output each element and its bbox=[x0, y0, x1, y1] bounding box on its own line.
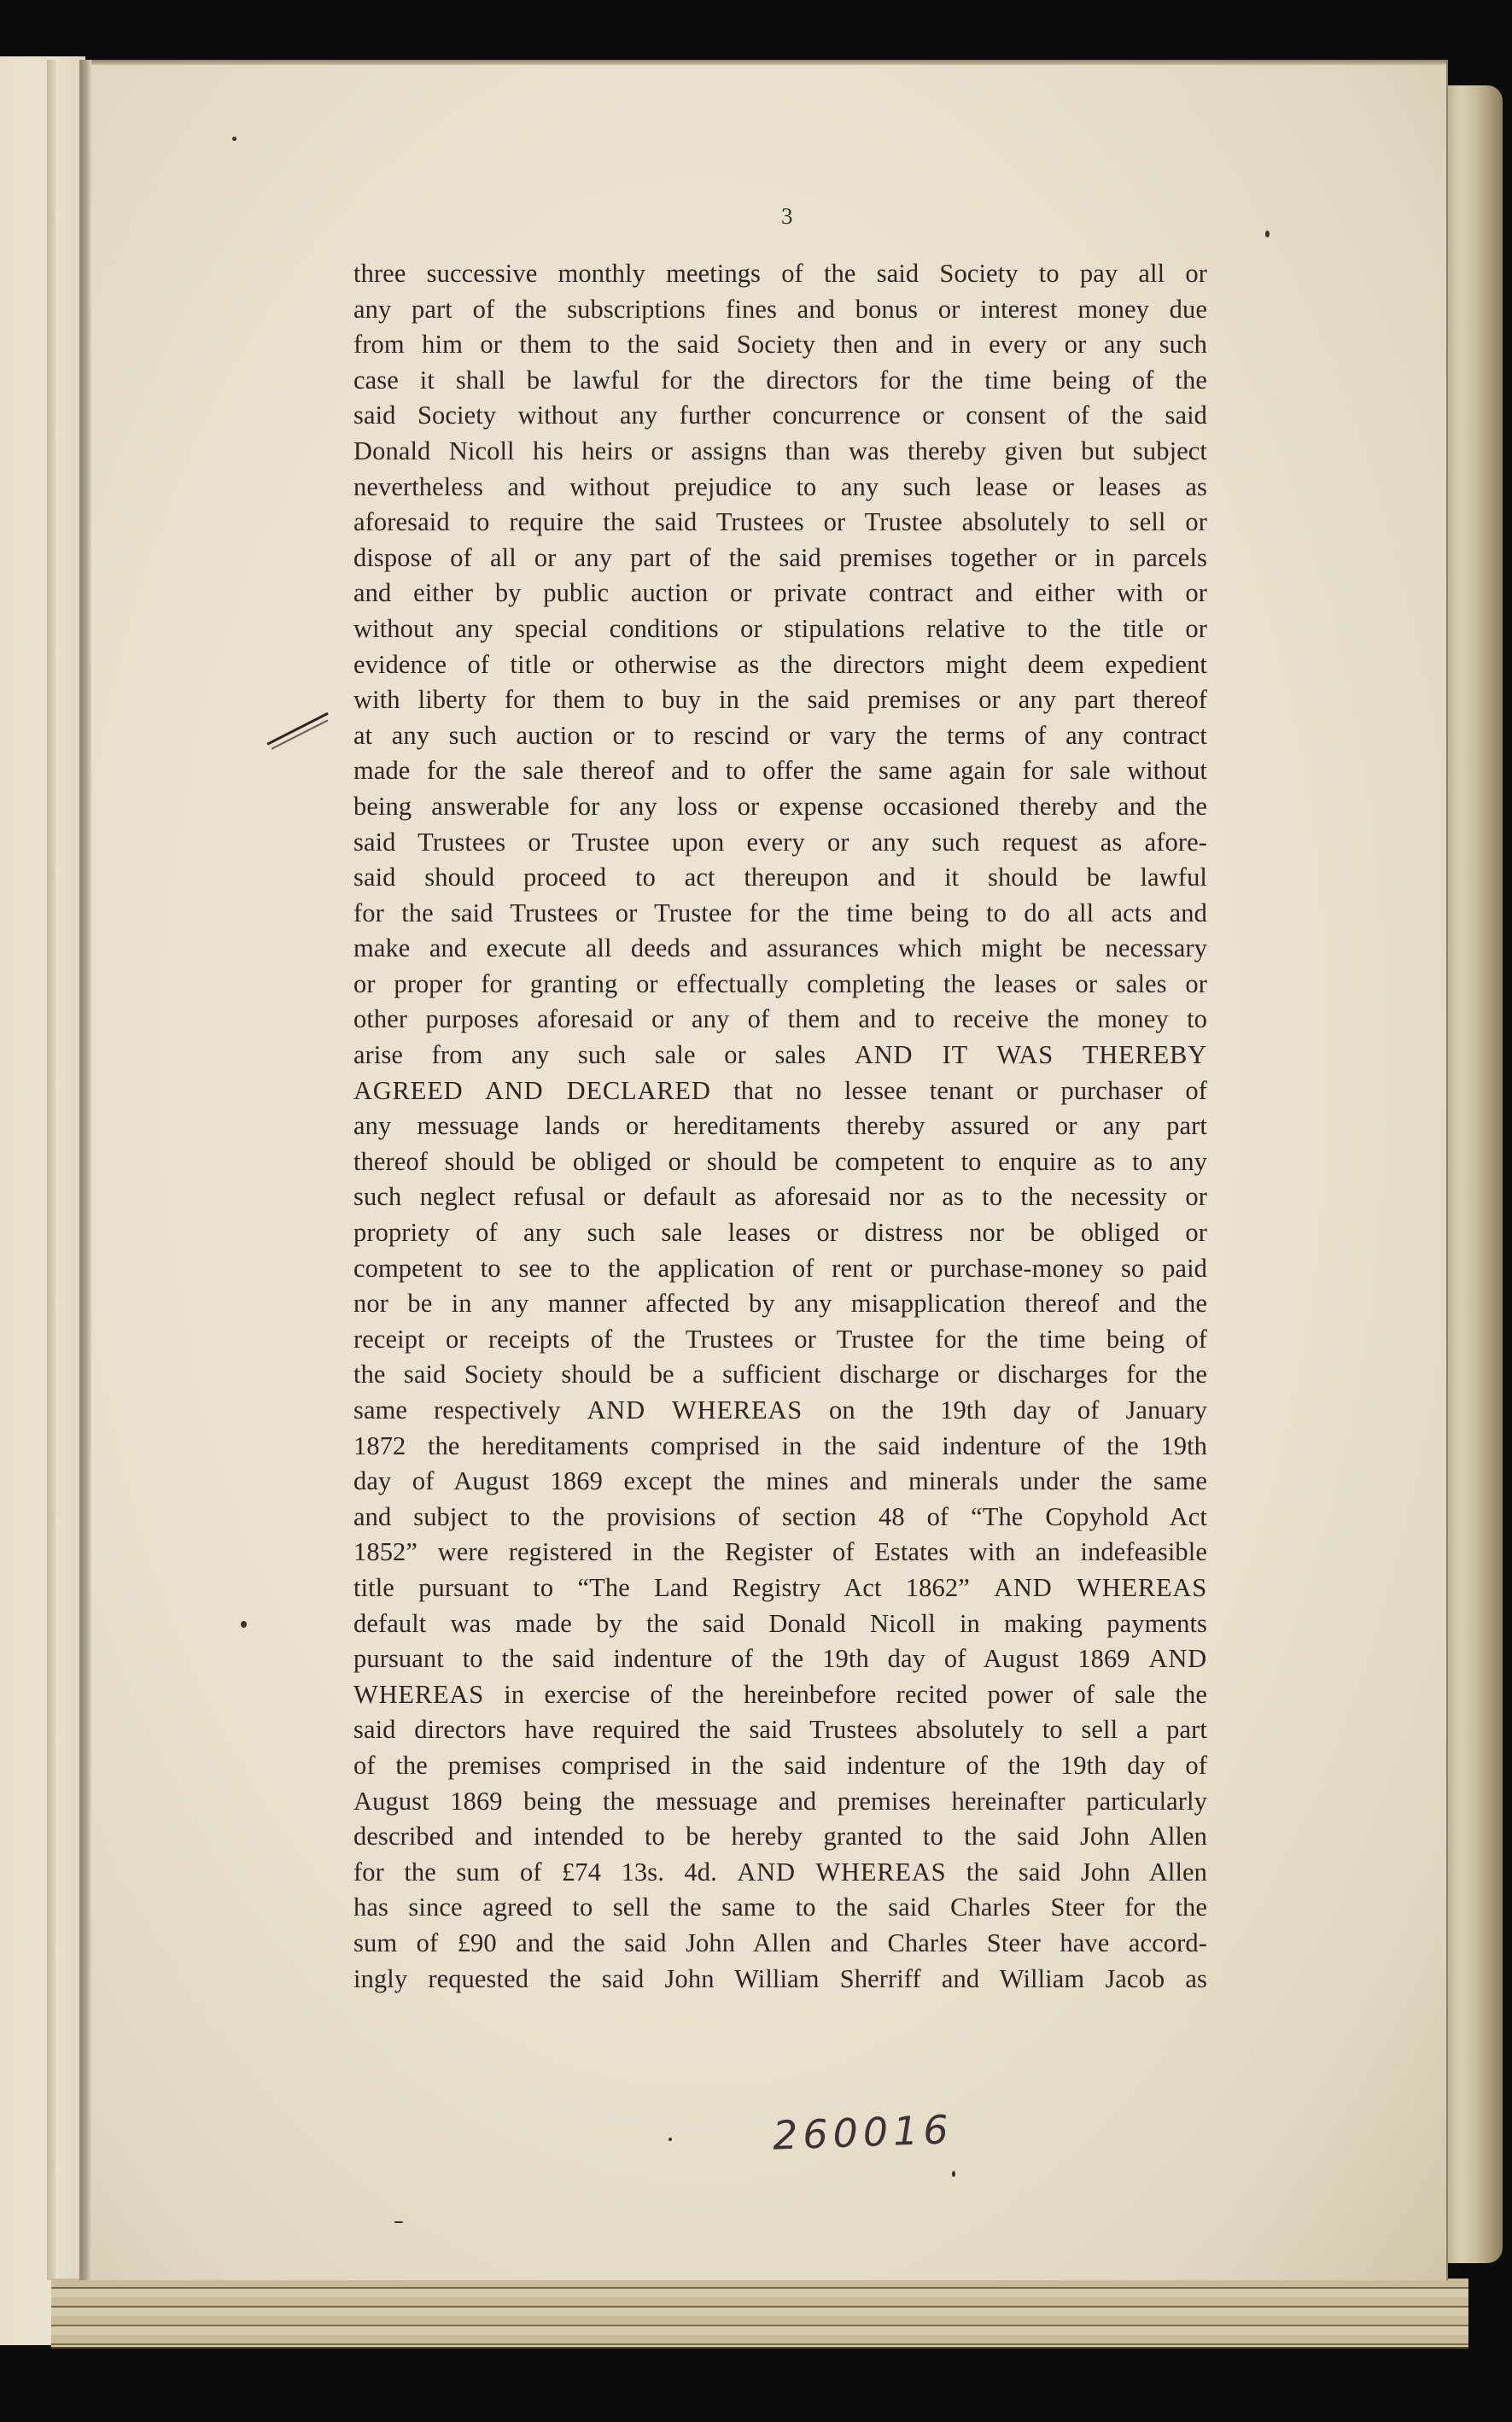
text-line: nor be in any manner affected by any mis… bbox=[353, 1286, 1207, 1322]
text-segment: nevertheless and without prejudice to an… bbox=[353, 472, 1207, 501]
text-line: same respectively AND WHEREAS on the 19t… bbox=[353, 1393, 1207, 1429]
heading-phrase: AND WHEREAS bbox=[994, 1573, 1207, 1602]
text-line: of the premises comprised in the said in… bbox=[353, 1748, 1207, 1784]
text-line: any part of the subscriptions fines and … bbox=[353, 292, 1207, 328]
heading-phrase: AND bbox=[1149, 1644, 1207, 1673]
text-segment: 1852” were registered in the Register of… bbox=[353, 1537, 1207, 1566]
paper-speck bbox=[394, 2221, 403, 2223]
left-facing-page bbox=[0, 56, 85, 2345]
text-segment: and either by public auction or private … bbox=[353, 578, 1207, 607]
text-line: being answerable for any loss or expense… bbox=[353, 789, 1207, 825]
text-segment: at any such auction or to rescind or var… bbox=[353, 721, 1207, 750]
handwritten-reference-number: 260016 bbox=[772, 2106, 954, 2158]
text-line: day of August 1869 except the mines and … bbox=[353, 1464, 1207, 1500]
text-line: propriety of any such sale leases or dis… bbox=[353, 1215, 1207, 1251]
text-line: nevertheless and without prejudice to an… bbox=[353, 470, 1207, 506]
heading-phrase: AND IT WAS THEREBY bbox=[855, 1040, 1207, 1069]
paper-speck bbox=[952, 2171, 955, 2177]
text-segment: in exercise of the hereinbefore recited … bbox=[484, 1680, 1207, 1709]
paper-speck bbox=[668, 2138, 672, 2141]
text-segment: title pursuant to “The Land Registry Act… bbox=[353, 1573, 994, 1602]
text-line: with liberty for them to buy in the said… bbox=[353, 682, 1207, 718]
text-segment: receipt or receipts of the Trustees or T… bbox=[353, 1325, 1207, 1354]
text-line: thereof should be obliged or should be c… bbox=[353, 1144, 1207, 1180]
text-line: without any special conditions or stipul… bbox=[353, 611, 1207, 647]
text-line: 1872 the hereditaments comprised in the … bbox=[353, 1429, 1207, 1465]
text-segment: arise from any such sale or sales bbox=[353, 1040, 855, 1069]
text-segment: pursuant to the said indenture of the 19… bbox=[353, 1644, 1149, 1673]
paper-speck bbox=[1265, 231, 1270, 237]
text-line: said should proceed to act thereupon and… bbox=[353, 860, 1207, 896]
text-segment: Donald Nicoll his heirs or assigns than … bbox=[353, 436, 1207, 465]
text-line: ingly requested the said John William Sh… bbox=[353, 1962, 1207, 1998]
text-line: for the sum of £74 13s. 4d. AND WHEREAS … bbox=[353, 1855, 1207, 1891]
text-line: other purposes aforesaid or any of them … bbox=[353, 1002, 1207, 1038]
deed-body-text: three successive monthly meetings of the… bbox=[353, 256, 1207, 1997]
text-segment: from him or them to the said Society the… bbox=[353, 330, 1207, 359]
text-segment: thereof should be obliged or should be c… bbox=[353, 1147, 1207, 1176]
text-line: default was made by the said Donald Nico… bbox=[353, 1606, 1207, 1642]
text-segment: of the premises comprised in the said in… bbox=[353, 1751, 1207, 1780]
text-segment: has since agreed to sell the same to the… bbox=[353, 1893, 1207, 1922]
heading-phrase: WHEREAS bbox=[353, 1680, 484, 1709]
page-stack-bottom-edges bbox=[51, 2279, 1468, 2349]
text-segment: or proper for granting or effectually co… bbox=[353, 969, 1207, 998]
text-line: any messuage lands or hereditaments ther… bbox=[353, 1109, 1207, 1144]
heading-phrase: AND WHEREAS bbox=[587, 1395, 803, 1425]
text-line: said Trustees or Trustee upon every or a… bbox=[353, 825, 1207, 861]
text-line: said directors have required the said Tr… bbox=[353, 1712, 1207, 1748]
text-segment: such neglect refusal or default as afore… bbox=[353, 1182, 1207, 1211]
text-segment: competent to see to the application of r… bbox=[353, 1254, 1207, 1283]
text-line: title pursuant to “The Land Registry Act… bbox=[353, 1571, 1207, 1606]
text-line: WHEREAS in exercise of the hereinbefore … bbox=[353, 1677, 1207, 1713]
text-segment: any part of the subscriptions fines and … bbox=[353, 295, 1207, 324]
text-segment: propriety of any such sale leases or dis… bbox=[353, 1218, 1207, 1247]
text-line: arise from any such sale or sales AND IT… bbox=[353, 1038, 1207, 1074]
text-line: 1852” were registered in the Register of… bbox=[353, 1535, 1207, 1571]
text-segment: the said John Allen bbox=[946, 1857, 1207, 1887]
text-segment: the said Society should be a sufficient … bbox=[353, 1360, 1207, 1389]
left-page-fold bbox=[47, 60, 55, 2280]
text-segment: default was made by the said Donald Nico… bbox=[353, 1609, 1207, 1638]
text-line: for the said Trustees or Trustee for the… bbox=[353, 896, 1207, 932]
book-binding-top bbox=[0, 0, 1512, 58]
text-line: aforesaid to require the said Trustees o… bbox=[353, 505, 1207, 541]
text-line: described and intended to be hereby gran… bbox=[353, 1819, 1207, 1855]
text-segment: on the 19th day of January bbox=[803, 1395, 1207, 1425]
text-segment: ingly requested the said John William Sh… bbox=[353, 1964, 1207, 1993]
heading-phrase: AND WHEREAS bbox=[737, 1857, 946, 1887]
text-segment: sum of £90 and the said John Allen and C… bbox=[353, 1928, 1207, 1957]
text-segment: said directors have required the said Tr… bbox=[353, 1715, 1207, 1744]
text-segment: that no lessee tenant or purchaser of bbox=[711, 1076, 1207, 1105]
text-line: the said Society should be a sufficient … bbox=[353, 1357, 1207, 1393]
text-segment: with liberty for them to buy in the said… bbox=[353, 685, 1207, 714]
text-segment: case it shall be lawful for the director… bbox=[353, 366, 1207, 395]
heading-phrase: AGREED AND DECLARED bbox=[353, 1076, 711, 1105]
text-segment: three successive monthly meetings of the… bbox=[353, 259, 1207, 288]
text-segment: made for the sale thereof and to offer t… bbox=[353, 756, 1207, 785]
paper-speck bbox=[241, 1621, 247, 1628]
right-page-edge-tissue bbox=[1443, 85, 1503, 2263]
text-segment: for the said Trustees or Trustee for the… bbox=[353, 898, 1207, 927]
text-line: sum of £90 and the said John Allen and C… bbox=[353, 1926, 1207, 1962]
text-line: such neglect refusal or default as afore… bbox=[353, 1179, 1207, 1215]
text-line: dispose of all or any part of the said p… bbox=[353, 541, 1207, 576]
text-line: made for the sale thereof and to offer t… bbox=[353, 753, 1207, 789]
text-line: or proper for granting or effectually co… bbox=[353, 967, 1207, 1003]
text-segment: said Society without any further concurr… bbox=[353, 401, 1207, 430]
text-segment: any messuage lands or hereditaments ther… bbox=[353, 1111, 1207, 1140]
page-number: 3 bbox=[781, 203, 793, 230]
text-segment: said Trustees or Trustee upon every or a… bbox=[353, 828, 1207, 857]
text-line: receipt or receipts of the Trustees or T… bbox=[353, 1322, 1207, 1358]
text-segment: make and execute all deeds and assurance… bbox=[353, 933, 1207, 962]
text-segment: said should proceed to act thereupon and… bbox=[353, 863, 1207, 892]
text-line: at any such auction or to rescind or var… bbox=[353, 718, 1207, 754]
text-segment: day of August 1869 except the mines and … bbox=[353, 1466, 1207, 1495]
text-segment: evidence of title or otherwise as the di… bbox=[353, 650, 1207, 679]
text-line: three successive monthly meetings of the… bbox=[353, 256, 1207, 292]
text-segment: aforesaid to require the said Trustees o… bbox=[353, 507, 1207, 536]
text-segment: without any special conditions or stipul… bbox=[353, 614, 1207, 643]
text-segment: other purposes aforesaid or any of them … bbox=[353, 1004, 1207, 1033]
text-line: competent to see to the application of r… bbox=[353, 1251, 1207, 1287]
text-segment: being answerable for any loss or expense… bbox=[353, 792, 1207, 821]
text-line: case it shall be lawful for the director… bbox=[353, 363, 1207, 399]
text-line: Donald Nicoll his heirs or assigns than … bbox=[353, 434, 1207, 470]
text-segment: nor be in any manner affected by any mis… bbox=[353, 1289, 1207, 1318]
text-line: make and execute all deeds and assurance… bbox=[353, 931, 1207, 967]
text-line: and subject to the provisions of section… bbox=[353, 1500, 1207, 1536]
text-line: August 1869 being the messuage and premi… bbox=[353, 1784, 1207, 1820]
text-line: evidence of title or otherwise as the di… bbox=[353, 647, 1207, 683]
text-line: has since agreed to sell the same to the… bbox=[353, 1890, 1207, 1926]
paper-speck bbox=[232, 137, 236, 141]
text-segment: dispose of all or any part of the said p… bbox=[353, 543, 1207, 572]
text-segment: for the sum of £74 13s. 4d. bbox=[353, 1857, 737, 1887]
text-segment: 1872 the hereditaments comprised in the … bbox=[353, 1431, 1207, 1460]
text-line: and either by public auction or private … bbox=[353, 576, 1207, 611]
text-line: pursuant to the said indenture of the 19… bbox=[353, 1641, 1207, 1677]
text-segment: same respectively bbox=[353, 1395, 587, 1425]
text-segment: and subject to the provisions of section… bbox=[353, 1502, 1207, 1531]
text-line: said Society without any further concurr… bbox=[353, 398, 1207, 434]
text-segment: described and intended to be hereby gran… bbox=[353, 1822, 1207, 1851]
text-line: from him or them to the said Society the… bbox=[353, 327, 1207, 363]
text-segment: August 1869 being the messuage and premi… bbox=[353, 1787, 1207, 1816]
gutter-shadow bbox=[79, 60, 91, 2280]
text-line: AGREED AND DECLARED that no lessee tenan… bbox=[353, 1074, 1207, 1109]
